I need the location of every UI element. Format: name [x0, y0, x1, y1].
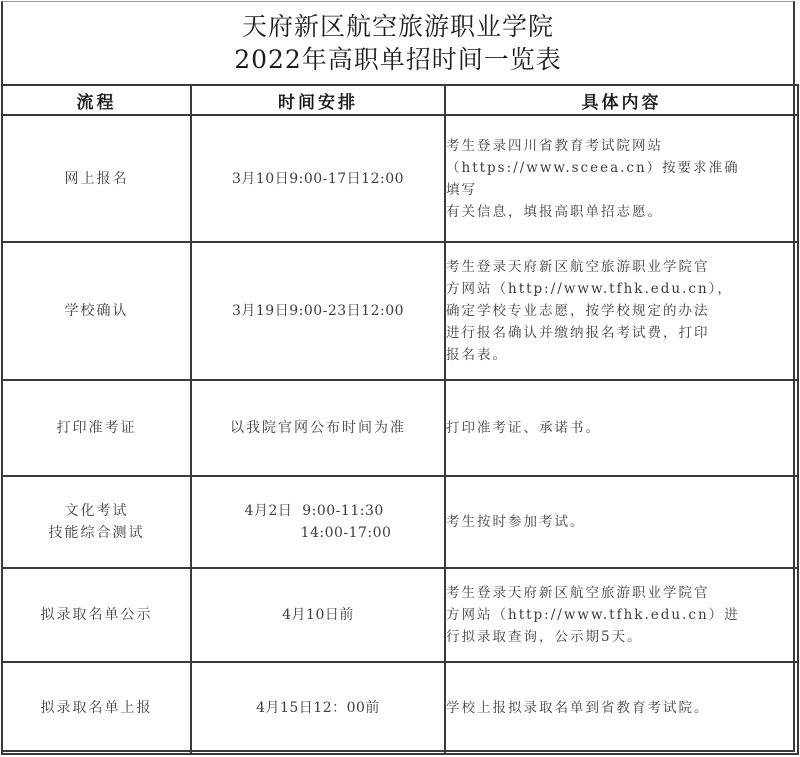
stage-cell: 网上报名 — [2, 115, 191, 242]
stage-label: 技能综合测试 — [3, 522, 190, 544]
stage-label: 拟录取名单上报 — [3, 697, 190, 719]
stage-label: 拟录取名单公示 — [3, 604, 190, 626]
stage-cell: 打印准考证 — [2, 380, 191, 476]
schedule-document: 天府新区航空旅游职业学院 2022年高职单招时间一览表 流程 时间安排 具体内容… — [1, 1, 795, 752]
stage-label: 打印准考证 — [3, 417, 190, 439]
detail-cell: 考生登录天府新区航空旅游职业学院官 方网站（http://www.tfhk.ed… — [445, 568, 798, 662]
detail-line: 填写 — [446, 179, 797, 201]
schedule-table: 流程 时间安排 具体内容 网上报名 3月10日9:00-17日12:00 考生登… — [1, 84, 799, 755]
time-value: 以我院官网公布时间为准 — [192, 417, 444, 439]
time-cell: 4月15日12：00前 — [191, 662, 445, 754]
detail-line: 学校上报拟录取名单到省教育考试院。 — [446, 697, 797, 719]
document-title: 天府新区航空旅游职业学院 2022年高职单招时间一览表 — [3, 2, 793, 84]
time-multi: 4月2日 9:00-11:30 14:00-17:00 — [245, 500, 392, 544]
detail-line: （https://www.sceea.cn）按要求准确 — [446, 157, 797, 179]
table-row: 拟录取名单上报 4月15日12：00前 学校上报拟录取名单到省教育考试院。 — [2, 662, 798, 754]
detail-line: 考生登录四川省教育考试院网站 — [446, 135, 797, 157]
stage-cell: 拟录取名单公示 — [2, 568, 191, 662]
detail-cell: 考生登录天府新区航空旅游职业学院官 方网站（http://www.tfhk.ed… — [445, 242, 798, 380]
time-value: 3月10日9:00-17日12:00 — [192, 168, 444, 190]
header-time: 时间安排 — [191, 85, 445, 115]
time-value: 14:00-17:00 — [245, 522, 392, 544]
detail-line: 考生登录天府新区航空旅游职业学院官 — [446, 256, 797, 278]
time-value: 3月19日9:00-23日12:00 — [192, 300, 444, 322]
header-stage: 流程 — [2, 85, 191, 115]
detail-line: 方网站（http://www.tfhk.edu.cn）进 — [446, 604, 797, 626]
stage-cell: 拟录取名单上报 — [2, 662, 191, 754]
detail-line: 有关信息，填报高职单招志愿。 — [446, 201, 797, 223]
time-cell: 4月10日前 — [191, 568, 445, 662]
detail-line: 方网站（http://www.tfhk.edu.cn）， — [446, 278, 797, 300]
detail-cell: 打印准考证、承诺书。 — [445, 380, 798, 476]
table-row: 学校确认 3月19日9:00-23日12:00 考生登录天府新区航空旅游职业学院… — [2, 242, 798, 380]
time-value: 4月10日前 — [192, 604, 444, 626]
detail-line: 打印准考证、承诺书。 — [446, 417, 797, 439]
header-detail: 具体内容 — [445, 85, 798, 115]
time-cell: 以我院官网公布时间为准 — [191, 380, 445, 476]
table-row: 网上报名 3月10日9:00-17日12:00 考生登录四川省教育考试院网站 （… — [2, 115, 798, 242]
detail-line: 报名表。 — [446, 344, 797, 366]
detail-line: 考生按时参加考试。 — [446, 511, 797, 533]
detail-cell: 考生登录四川省教育考试院网站 （https://www.sceea.cn）按要求… — [445, 115, 798, 242]
stage-label: 网上报名 — [3, 168, 190, 190]
time-value: 4月15日12：00前 — [192, 697, 444, 719]
detail-line: 考生登录天府新区航空旅游职业学院官 — [446, 582, 797, 604]
time-cell: 3月19日9:00-23日12:00 — [191, 242, 445, 380]
table-row: 打印准考证 以我院官网公布时间为准 打印准考证、承诺书。 — [2, 380, 798, 476]
stage-label: 文化考试 — [3, 500, 190, 522]
title-line-schedule: 2022年高职单招时间一览表 — [3, 43, 793, 76]
title-line-school: 天府新区航空旅游职业学院 — [3, 2, 793, 43]
detail-cell: 学校上报拟录取名单到省教育考试院。 — [445, 662, 798, 754]
stage-cell: 文化考试 技能综合测试 — [2, 476, 191, 568]
stage-cell: 学校确认 — [2, 242, 191, 380]
detail-line: 行拟录取查询，公示期5天。 — [446, 626, 797, 648]
time-cell: 4月2日 9:00-11:30 14:00-17:00 — [191, 476, 445, 568]
table-row: 文化考试 技能综合测试 4月2日 9:00-11:30 14:00-17:00 … — [2, 476, 798, 568]
stage-label: 学校确认 — [3, 300, 190, 322]
table-header-row: 流程 时间安排 具体内容 — [2, 85, 798, 115]
table-row: 拟录取名单公示 4月10日前 考生登录天府新区航空旅游职业学院官 方网站（htt… — [2, 568, 798, 662]
time-cell: 3月10日9:00-17日12:00 — [191, 115, 445, 242]
detail-line: 进行报名确认并缴纳报名考试费，打印 — [446, 322, 797, 344]
time-value: 4月2日 9:00-11:30 — [245, 500, 392, 522]
detail-line: 确定学校专业志愿，按学校规定的办法 — [446, 300, 797, 322]
detail-cell: 考生按时参加考试。 — [445, 476, 798, 568]
